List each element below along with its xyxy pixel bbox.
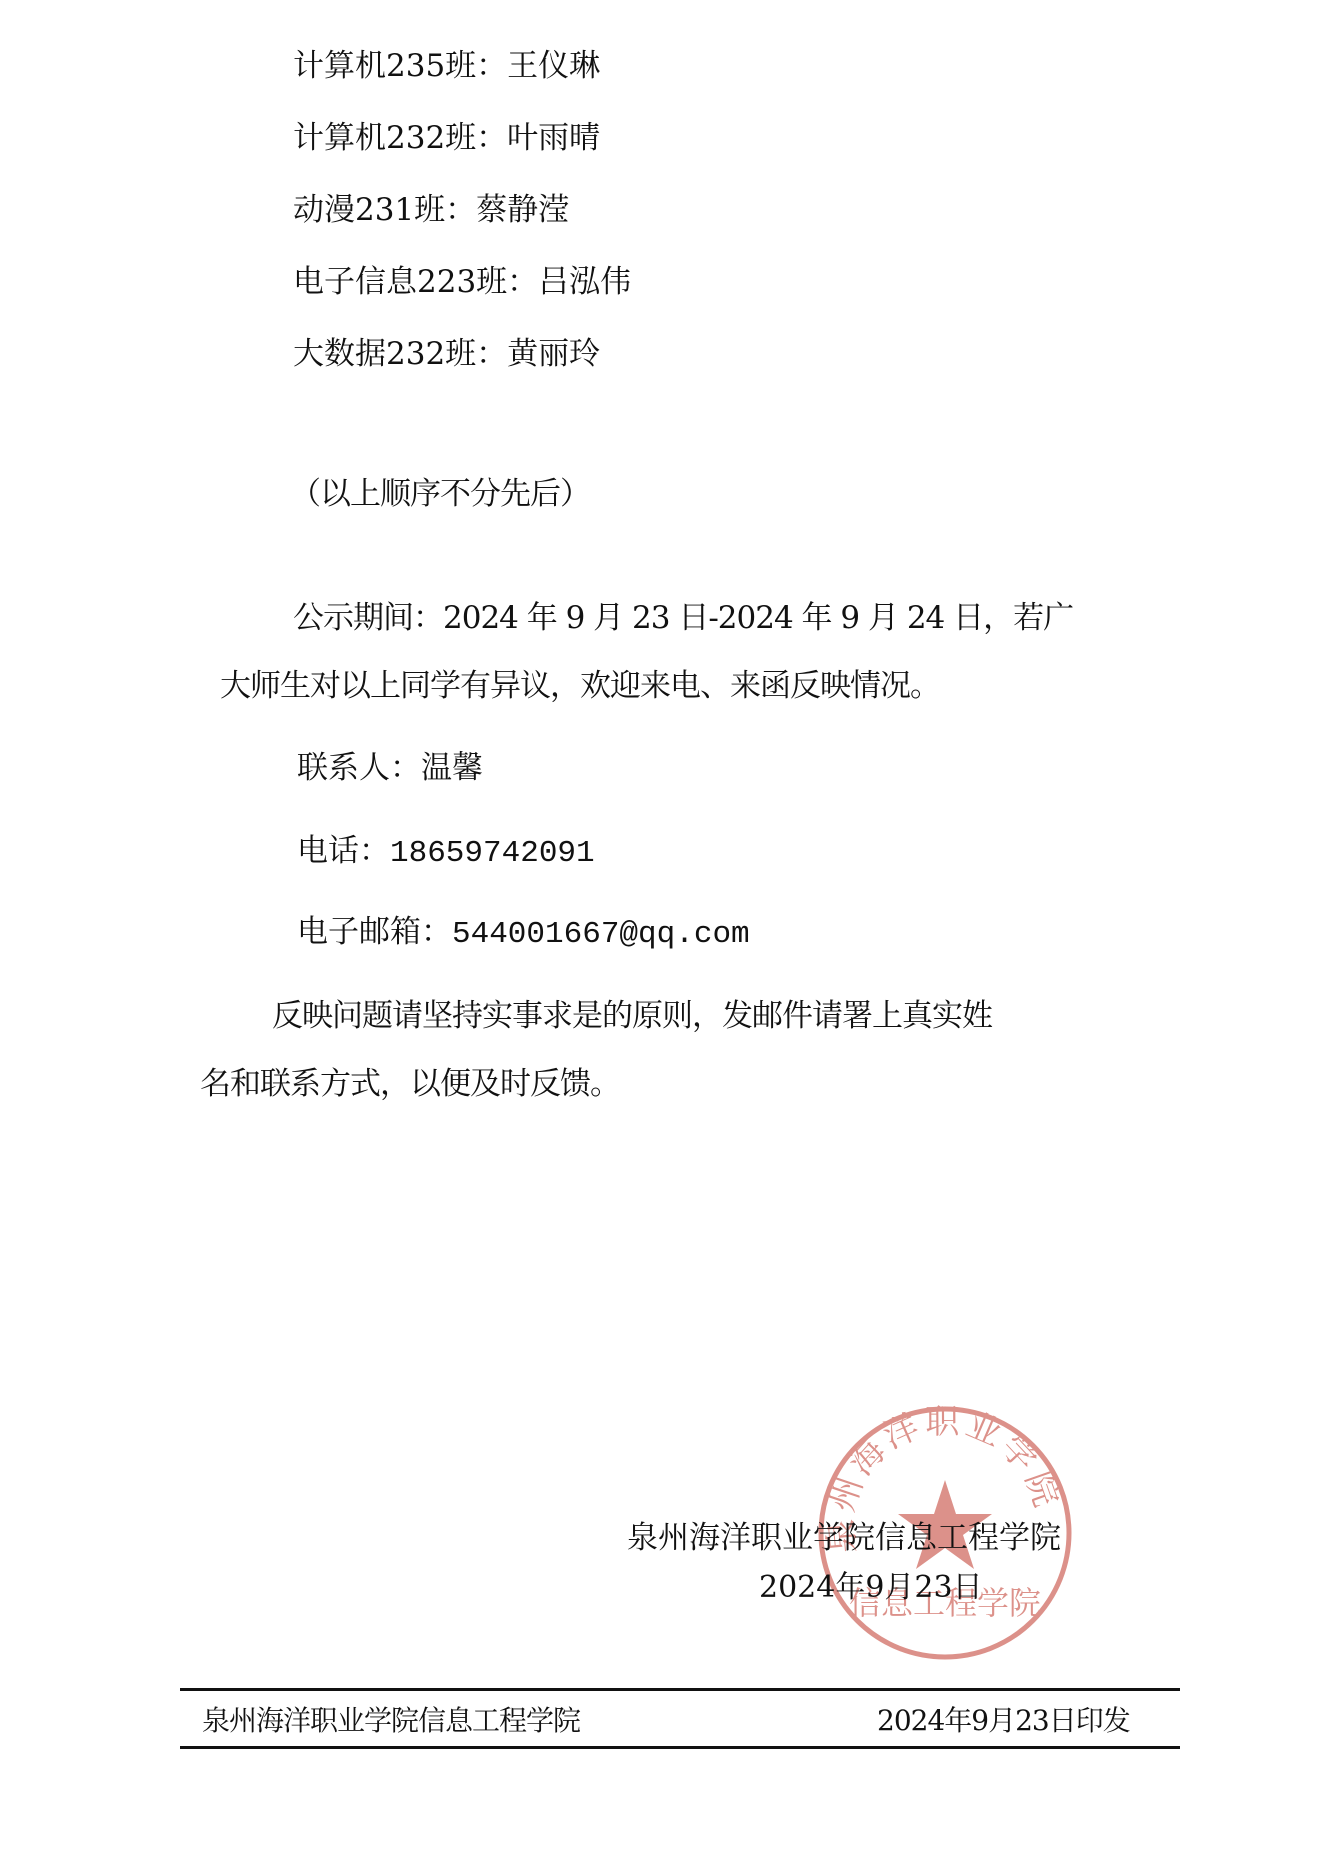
signature-org: 泉州海洋职业学院信息工程学院 — [627, 1518, 1061, 1558]
award-name: 蔡静滢 — [476, 192, 569, 228]
award-class: 动漫231班： — [293, 192, 476, 228]
reminder-line-2: 名和联系方式，以便及时反馈。 — [200, 1064, 620, 1104]
footer-issued-date: 2024年9月23日印发 — [877, 1703, 1130, 1739]
contact-email-address: 544001667@qq.com — [452, 917, 750, 952]
award-item: 电子信息223班：吕泓伟 — [293, 262, 631, 302]
award-item: 大数据232班：黄丽玲 — [293, 334, 600, 374]
contact-phone-number: 18659742091 — [390, 836, 595, 871]
signature-date: 2024年9月23日 — [759, 1568, 983, 1608]
contact-email-label: 电子邮箱： — [297, 914, 452, 950]
footer-top-rule — [180, 1688, 1180, 1691]
order-note: （以上顺序不分先后） — [290, 474, 590, 514]
notice-line-1: 公示期间：2024 年 9 月 23 日-2024 年 9 月 24 日，若广 — [293, 598, 1073, 638]
footer-org: 泉州海洋职业学院信息工程学院 — [202, 1703, 580, 1739]
contact-person-label: 联系人： — [297, 750, 421, 786]
award-class: 大数据232班： — [293, 336, 507, 372]
contact-email: 电子邮箱：544001667@qq.com — [297, 912, 750, 955]
contact-person-name: 温馨 — [421, 750, 483, 786]
contact-phone-label: 电话： — [297, 833, 390, 869]
award-name: 吕泓伟 — [538, 264, 631, 300]
award-class: 电子信息223班： — [293, 264, 538, 300]
award-item: 计算机235班：王仪琳 — [293, 46, 600, 86]
footer-bottom-rule — [180, 1746, 1180, 1749]
award-name: 黄丽玲 — [507, 336, 600, 372]
award-class: 计算机232班： — [293, 120, 507, 156]
award-item: 动漫231班：蔡静滢 — [293, 190, 569, 230]
reminder-line-1: 反映问题请坚持实事求是的原则，发邮件请署上真实姓 — [272, 996, 992, 1036]
award-name: 叶雨晴 — [507, 120, 600, 156]
award-name: 王仪琳 — [507, 48, 600, 84]
notice-line-2: 大师生对以上同学有异议，欢迎来电、来函反映情况。 — [220, 666, 940, 706]
award-item: 计算机232班：叶雨晴 — [293, 118, 600, 158]
award-class: 计算机235班： — [293, 48, 507, 84]
contact-phone: 电话：18659742091 — [297, 831, 595, 874]
contact-person: 联系人：温馨 — [297, 748, 483, 788]
